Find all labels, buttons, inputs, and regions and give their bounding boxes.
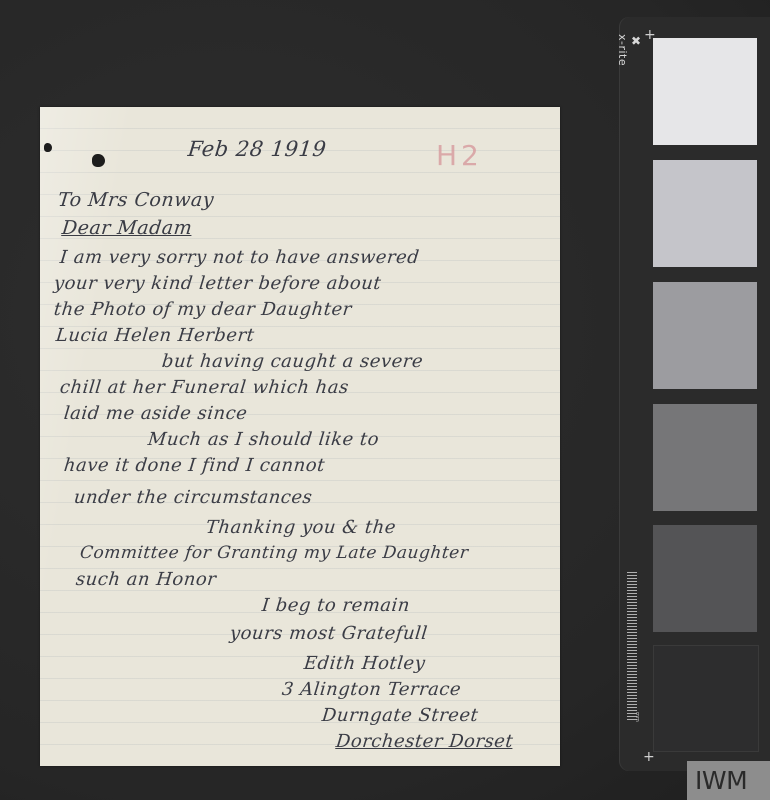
punch-hole: [44, 143, 52, 152]
body-line: but having caught a severe: [161, 351, 424, 372]
closing-line: yours most Gratefull: [229, 623, 429, 644]
crosshair-icon: +: [643, 750, 655, 764]
gray-patch-3: [653, 282, 757, 389]
body-line: Thanking you & the: [205, 517, 397, 538]
body-line: laid me aside since: [63, 403, 249, 424]
letter-paper: Feb 28 1919 H2 To Mrs Conway Dear Madam …: [40, 107, 560, 766]
body-line: under the circumstances: [73, 487, 314, 508]
gray-patch-4: [653, 404, 757, 511]
iwm-watermark: IWM: [687, 761, 770, 800]
address-line: Durngate Street: [321, 705, 480, 726]
body-line: Much as I should like to: [147, 429, 380, 450]
body-line: such an Honor: [75, 569, 218, 590]
ruler-unit-label: mm: [634, 712, 640, 722]
body-line: have it done I find I cannot: [63, 455, 326, 476]
letter-date: Feb 28 1919: [187, 137, 328, 161]
color-chart-brand: ✖ x-rite: [627, 34, 643, 94]
body-line: I am very sorry not to have answered: [59, 247, 421, 268]
gray-patch-2: [653, 160, 757, 267]
signature: Edith Hotley: [303, 653, 427, 674]
gray-patch-6: [653, 645, 759, 752]
millimeter-ruler: [627, 572, 637, 720]
body-line: Lucia Helen Herbert: [55, 325, 256, 346]
address-line: 3 Alington Terrace: [281, 679, 462, 700]
punch-hole: [92, 154, 105, 167]
gray-patch-1: [653, 38, 757, 145]
letter-salutation: Dear Madam: [61, 217, 194, 239]
body-line: chill at her Funeral which has: [59, 377, 350, 398]
letter-recipient: To Mrs Conway: [57, 189, 215, 211]
body-line: Committee for Granting my Late Daughter: [79, 543, 469, 563]
closing-line: I beg to remain: [261, 595, 411, 616]
gray-patch-5: [653, 525, 757, 632]
archive-reference-mark: H2: [436, 139, 483, 172]
body-line: the Photo of my dear Daughter: [53, 299, 353, 320]
address-line: Dorchester Dorset: [335, 731, 514, 752]
brand-label: x-rite: [616, 34, 629, 66]
x-rite-logo-icon: ✖: [629, 34, 643, 92]
body-line: your very kind letter before about: [53, 273, 382, 294]
